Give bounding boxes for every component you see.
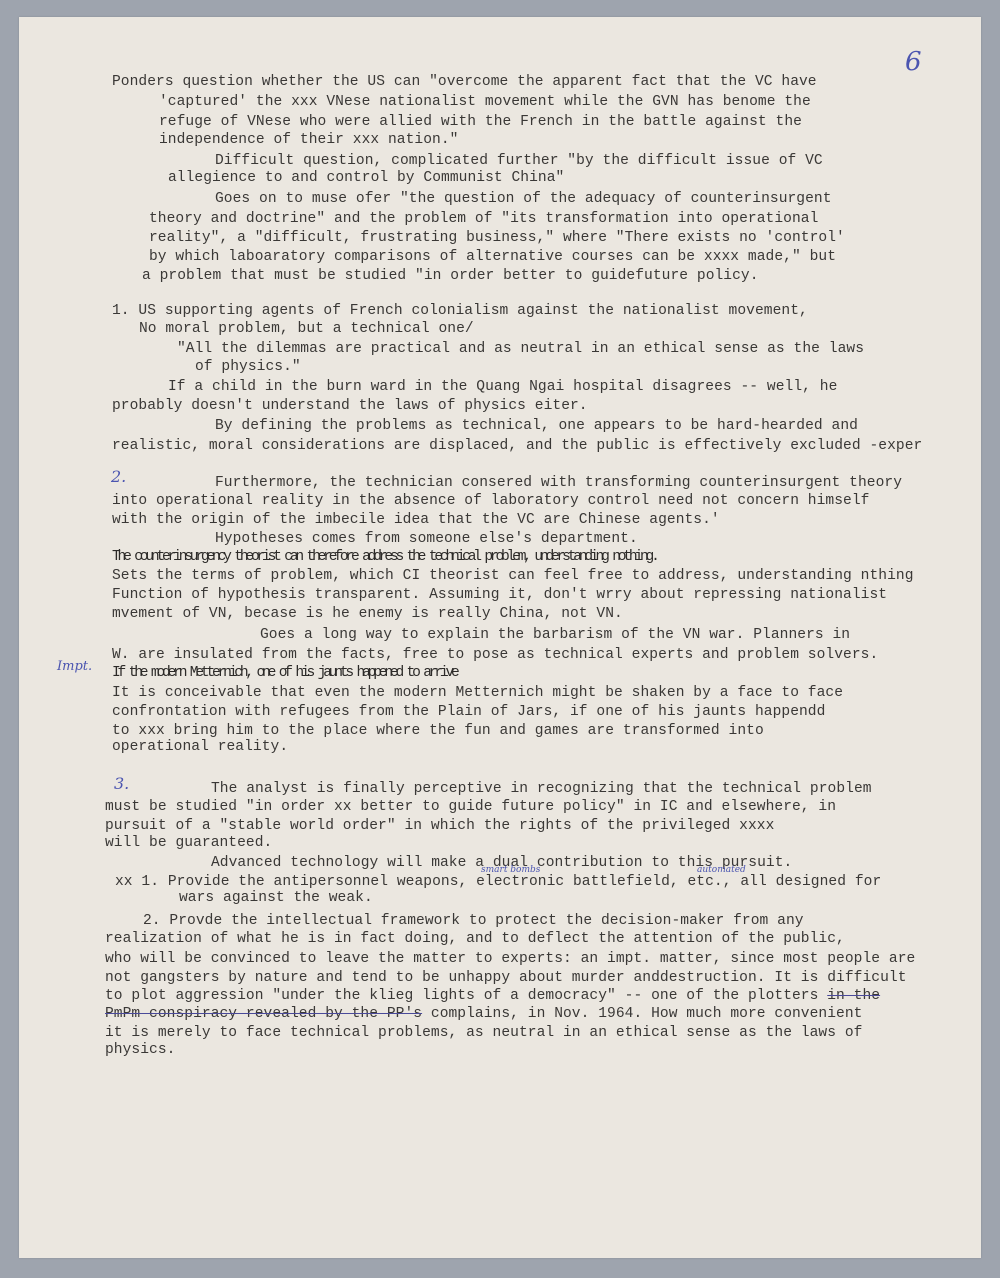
struck-text: in the <box>827 988 880 1004</box>
text-line: 2. Provde the intellectual framework to … <box>143 912 804 930</box>
text-line: by which laboaratory comparisons of alte… <box>149 248 836 266</box>
text-line: Ponders question whether the US can "ove… <box>112 73 817 91</box>
text-line: allegience to and control by Communist C… <box>168 169 564 187</box>
text-line: it is merely to face technical problems,… <box>105 1024 862 1042</box>
text-line: physics. <box>105 1041 175 1059</box>
text-line: Goes a long way to explain the barbarism… <box>260 626 850 644</box>
text-line: must be studied "in order xx better to g… <box>105 798 836 816</box>
text-line: 1. US supporting agents of French coloni… <box>112 302 808 320</box>
text-line: Sets the terms of problem, which CI theo… <box>112 567 914 585</box>
text-line: It is conceivable that even the modern M… <box>112 684 843 702</box>
text-line: realization of what he is in fact doing,… <box>105 930 845 948</box>
struck-text: PmPm conspiracy revealed by the PP's <box>105 1006 422 1022</box>
text-line: to plot aggression "under the klieg ligh… <box>105 987 880 1005</box>
text-line: Difficult question, complicated further … <box>215 152 823 170</box>
text-line: realistic, moral considerations are disp… <box>112 437 922 455</box>
text-line: PmPm conspiracy revealed by the PP's com… <box>105 1005 862 1023</box>
text-line: Goes on to muse ofer "the question of th… <box>215 190 832 208</box>
text-line: Furthermore, the technician consered wit… <box>215 474 902 492</box>
text-line: reality", a "difficult, frustrating busi… <box>149 229 845 247</box>
text-line: not gangsters by nature and tend to be u… <box>105 969 907 987</box>
text-line: theory and doctrine" and the problem of … <box>149 210 818 228</box>
text-line: confrontation with refugees from the Pla… <box>112 703 825 721</box>
text-line: of physics." <box>195 358 301 376</box>
text-line: with the origin of the imbecile idea tha… <box>112 511 720 529</box>
handwritten-page-number: 6 <box>905 47 922 77</box>
text-line: If a child in the burn ward in the Quang… <box>168 378 837 396</box>
text-line: Hypotheses comes from someone else's dep… <box>215 530 638 548</box>
text-line: "All the dilemmas are practical and as n… <box>177 340 864 358</box>
text-line: Function of hypothesis transparent. Assu… <box>112 586 887 604</box>
text-line: W. are insulated from the facts, free to… <box>112 646 878 664</box>
overtyped-line: If the modern Metternich, one of his jau… <box>112 664 457 682</box>
margin-note-section-2: 2. <box>111 467 126 486</box>
text-line: operational reality. <box>112 738 288 756</box>
line-text: to plot aggression "under the klieg ligh… <box>105 988 827 1004</box>
typewritten-page: 6 Ponders question whether the US can "o… <box>19 17 981 1258</box>
text-line: The analyst is finally perceptive in rec… <box>211 780 872 798</box>
text-line: 'captured' the xxx VNese nationalist mov… <box>159 93 811 111</box>
text-line: probably doesn't understand the laws of … <box>112 397 588 415</box>
line-text: complains, in Nov. 1964. How much more c… <box>422 1006 862 1022</box>
text-line: mvement of VN, becase is he enemy is rea… <box>112 605 623 623</box>
text-line: independence of their xxx nation." <box>159 131 458 149</box>
text-line: into operational reality in the absence … <box>112 492 869 510</box>
text-line: By defining the problems as technical, o… <box>215 417 858 435</box>
text-line: No moral problem, but a technical one/ <box>139 320 474 338</box>
overtyped-line: The counterinsurgency theorist can there… <box>112 548 657 566</box>
margin-note-impt: Impt. <box>57 659 92 674</box>
text-line: a problem that must be studied "in order… <box>142 267 759 285</box>
text-line: pursuit of a "stable world order" in whi… <box>105 817 774 835</box>
text-line: wars against the weak. <box>179 889 373 907</box>
text-line: will be guaranteed. <box>105 834 272 852</box>
margin-note-section-3: 3. <box>114 774 129 793</box>
text-line: who will be convinced to leave the matte… <box>105 950 915 968</box>
text-line: refuge of VNese who were allied with the… <box>159 113 802 131</box>
